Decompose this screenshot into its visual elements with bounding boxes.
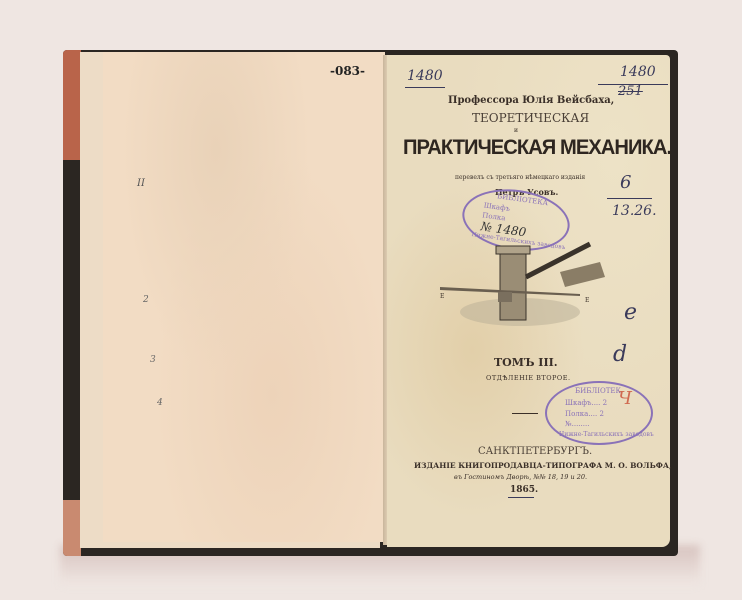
red-pencil-mark: Ч bbox=[618, 388, 632, 409]
shelf-mark-top: 6 bbox=[620, 172, 631, 193]
cover-worn-corner-top bbox=[63, 50, 81, 160]
margin-letter-d: d bbox=[613, 342, 627, 367]
inventory-number-struck: 251 bbox=[618, 84, 643, 99]
title-theoretical: ТЕОРЕТИЧЕСКАЯ bbox=[472, 111, 589, 125]
pencil-mark: II bbox=[137, 178, 145, 189]
shelf-mark-divider bbox=[607, 198, 652, 199]
stamp-line: Шкафъ.... 2 bbox=[565, 399, 607, 407]
author-line: Профессора Юлія Вейсбаха, bbox=[448, 95, 614, 106]
pencil-mark: 4 bbox=[157, 398, 163, 408]
stamp-footer: Нижне-Тагильскихъ заводовъ bbox=[559, 431, 654, 438]
cover-worn-corner-bottom bbox=[63, 500, 81, 556]
shelf-mark-bottom: 13.26. bbox=[612, 203, 657, 219]
stamp-header: БИБЛІОТЕК bbox=[575, 387, 621, 395]
publisher: ИЗДАНІЕ КНИГОПРОДАВЦА-ТИПОГРАФА М. О. ВО… bbox=[414, 461, 672, 470]
title-conjunction: и bbox=[514, 127, 518, 134]
year-underline bbox=[508, 497, 534, 498]
ornament-rule bbox=[512, 413, 538, 414]
underline bbox=[405, 87, 445, 88]
city: САНКТПЕТЕРБУРГЪ. bbox=[478, 446, 592, 457]
library-stamp-2: БИБЛІОТЕК Шкафъ.... 2 Полка.... 2 №.....… bbox=[545, 381, 653, 445]
publisher-address: въ Гостиномъ Дворѣ, №№ 18, 19 и 20. bbox=[454, 473, 587, 481]
margin-letter-e: e bbox=[624, 300, 637, 325]
volume-number: ТОМЪ III. bbox=[494, 356, 558, 369]
stamp-line: №........ bbox=[565, 420, 589, 428]
pencil-mark: 3 bbox=[150, 355, 156, 365]
stamp-line: Полка.... 2 bbox=[565, 410, 604, 418]
illustration-label-e: E bbox=[440, 293, 444, 300]
translation-note: перевелъ съ третьяго нѣмецкаго изданія bbox=[455, 174, 585, 181]
section-label: ОТДѢЛЕНІЕ ВТОРОЕ. bbox=[486, 374, 571, 382]
mechanical-illustration bbox=[440, 232, 610, 332]
publication-year: 1865. bbox=[510, 485, 538, 495]
left-page-top-mark: -083- bbox=[330, 64, 365, 78]
title-practical-mechanics: ПРАКТИЧЕСКАЯ МЕХАНИКА. bbox=[403, 136, 671, 160]
inventory-number-left: 1480 bbox=[407, 68, 443, 84]
inventory-number-right: 1480 bbox=[620, 64, 656, 80]
pencil-mark: 2 bbox=[143, 295, 149, 305]
illustration-label-e: E bbox=[585, 297, 589, 304]
